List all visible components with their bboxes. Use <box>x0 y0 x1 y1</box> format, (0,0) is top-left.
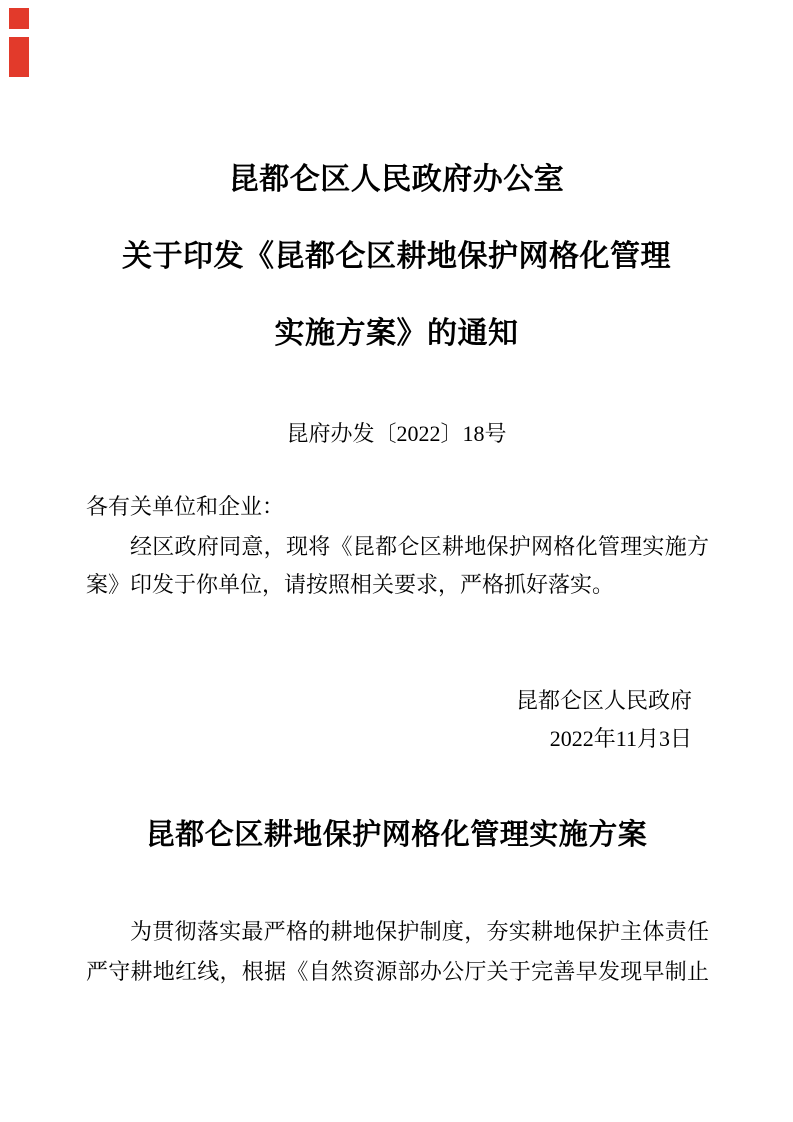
document-page: 昆都仑区人民政府办公室 关于印发《昆都仑区耕地保护网格化管理 实施方案》的通知 … <box>0 0 793 1122</box>
document-title-line-1: 昆都仑区人民政府办公室 <box>0 141 793 218</box>
salutation: 各有关单位和企业： <box>86 492 284 522</box>
doc-number-value: 18 <box>463 421 485 446</box>
date-month-label: 月 <box>637 726 659 751</box>
signer-name: 昆都仑区人民政府 <box>516 682 692 720</box>
plan-body-line-1: 为贯彻落实最严格的耕地保护制度，夯实耕地保护主体责任 <box>86 912 709 952</box>
letter-body-line-2: 案》印发于你单位，请按照相关要求，严格抓好落实。 <box>86 566 709 604</box>
doc-number-prefix: 昆府办发〔 <box>286 421 396 446</box>
doc-number-year: 2022 <box>396 421 440 446</box>
document-title-line-2: 关于印发《昆都仑区耕地保护网格化管理 <box>0 218 793 295</box>
date-day: 3 <box>659 726 670 751</box>
plan-title: 昆都仑区耕地保护网格化管理实施方案 <box>0 812 793 858</box>
doc-number-suffix: 号 <box>485 421 507 446</box>
red-watermark-bar-icon <box>9 37 29 77</box>
date-month: 11 <box>616 726 637 751</box>
doc-number-close-bracket: 〕 <box>440 421 462 446</box>
plan-body-line-2: 严守耕地红线，根据《自然资源部办公厅关于完善早发现早制止 <box>86 952 709 992</box>
signature-block: 昆都仑区人民政府 2022年11月3日 <box>516 682 692 758</box>
letter-body-paragraph: 经区政府同意，现将《昆都仑区耕地保护网格化管理实施方 案》印发于你单位，请按照相… <box>86 528 709 604</box>
date-day-label: 日 <box>670 726 692 751</box>
document-number: 昆府办发〔2022〕18号 <box>0 419 793 449</box>
date-year: 2022 <box>550 726 594 751</box>
date-year-label: 年 <box>594 726 616 751</box>
document-title: 昆都仑区人民政府办公室 关于印发《昆都仑区耕地保护网格化管理 实施方案》的通知 <box>0 141 793 372</box>
plan-body-paragraph: 为贯彻落实最严格的耕地保护制度，夯实耕地保护主体责任 严守耕地红线，根据《自然资… <box>86 912 709 992</box>
red-watermark-square-icon <box>9 8 29 29</box>
letter-body-line-1: 经区政府同意，现将《昆都仑区耕地保护网格化管理实施方 <box>86 528 709 566</box>
document-title-line-3: 实施方案》的通知 <box>0 295 793 372</box>
signature-date: 2022年11月3日 <box>516 720 692 758</box>
